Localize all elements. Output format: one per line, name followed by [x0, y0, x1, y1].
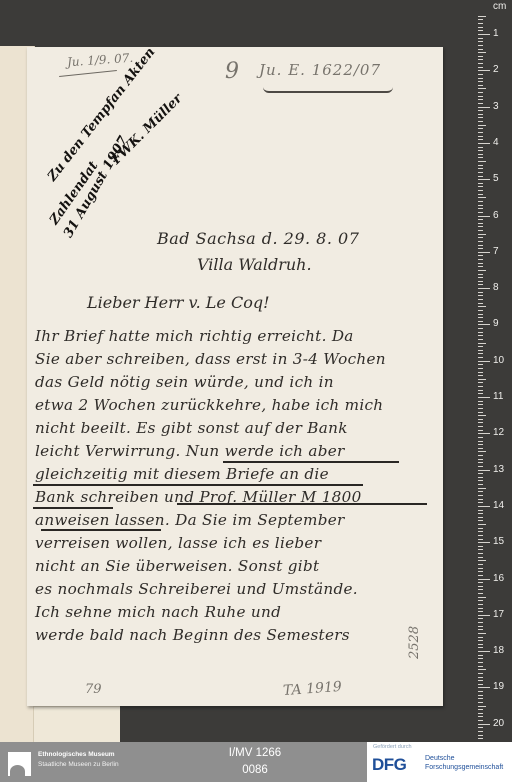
ruler-label: 8	[493, 282, 499, 293]
ruler-tick	[478, 738, 483, 739]
ruler-tick	[478, 462, 483, 463]
ruler-tick	[478, 622, 483, 623]
ruler-tick	[478, 553, 483, 554]
ruler-tick	[478, 364, 483, 365]
ruler-tick	[478, 299, 483, 300]
ruler-tick	[478, 248, 483, 249]
ruler-tick	[478, 176, 483, 177]
underline	[41, 529, 161, 531]
folio-number: 9	[225, 59, 239, 84]
ruler-tick	[478, 306, 486, 307]
underline	[223, 461, 399, 463]
ruler-tick	[478, 252, 490, 253]
ruler-tick	[478, 731, 483, 732]
ruler-tick	[478, 477, 483, 478]
underline	[177, 503, 427, 505]
ruler-tick	[478, 263, 483, 264]
ruler-tick	[478, 201, 483, 202]
ruler-tick	[478, 63, 483, 64]
ruler-tick	[478, 212, 483, 213]
ruler-tick	[478, 132, 483, 133]
ruler-label: 13	[493, 464, 504, 475]
ruler-tick	[478, 593, 483, 594]
ruler-tick	[478, 284, 483, 285]
ruler-tick	[478, 295, 483, 296]
ruler-tick	[478, 197, 486, 198]
ruler-tick	[478, 626, 483, 627]
ruler-tick	[478, 637, 483, 638]
ruler-tick	[478, 571, 483, 572]
ruler-tick	[478, 27, 483, 28]
ruler-tick	[478, 128, 483, 129]
ruler-tick	[478, 161, 486, 162]
ruler-tick	[478, 451, 486, 452]
ruler-tick	[478, 658, 483, 659]
ruler-tick	[478, 70, 490, 71]
ruler-tick	[478, 466, 483, 467]
ruler-tick	[478, 528, 483, 529]
ruler-tick	[478, 52, 486, 53]
ruler-tick	[478, 208, 483, 209]
ruler-tick	[478, 154, 483, 155]
ruler-label: 1	[493, 28, 499, 39]
ruler-tick	[478, 695, 483, 696]
ruler-tick	[478, 422, 483, 423]
ruler-tick	[478, 205, 483, 206]
ruler-tick	[478, 350, 483, 351]
accession-number: Ju. E. 1622/07	[259, 61, 381, 79]
body-line: verreisen wollen, lasse ich es lieber	[35, 534, 321, 552]
institution-name: Ethnologisches Museum	[38, 751, 115, 758]
ruler-tick	[478, 401, 483, 402]
ruler-tick	[478, 495, 483, 496]
ruler-tick	[478, 524, 486, 525]
ruler-tick	[478, 168, 483, 169]
ruler-tick	[478, 484, 483, 485]
ruler-tick	[478, 666, 483, 667]
ruler-tick	[478, 382, 483, 383]
ruler-tick	[478, 586, 483, 587]
ruler-label: 7	[493, 246, 499, 257]
ruler-tick	[478, 292, 483, 293]
ruler-tick	[478, 74, 483, 75]
underlying-sheet-tab	[33, 706, 120, 742]
ruler-tick	[478, 502, 483, 503]
ruler-tick	[478, 245, 483, 246]
ruler-tick	[478, 520, 483, 521]
dfg-sponsor: Gefördert durch DFG Deutsche Forschungsg…	[367, 742, 512, 782]
bottom-note-vertical: 2528	[407, 626, 422, 659]
ruler-tick	[478, 34, 490, 35]
ruler-tick	[478, 99, 483, 100]
ruler-tick	[478, 597, 486, 598]
ruler-tick	[478, 386, 483, 387]
ruler-tick	[478, 150, 483, 151]
letter-place-date: Bad Sachsa d. 29. 8. 07	[157, 229, 359, 248]
ruler-tick	[478, 317, 483, 318]
ruler-tick	[478, 216, 490, 217]
ruler-tick	[478, 121, 483, 122]
ruler-tick	[478, 647, 483, 648]
ruler-label: 16	[493, 573, 504, 584]
body-line: Sie aber schreiben, dass erst in 3-4 Woc…	[35, 350, 386, 368]
body-line: anweisen lassen. Da Sie im September	[35, 511, 345, 529]
body-line: Ich sehne mich nach Ruhe und	[35, 603, 281, 621]
ruler-tick	[478, 575, 483, 576]
ruler-label: 6	[493, 210, 499, 221]
ruler-tick	[478, 655, 483, 656]
ruler-tick	[478, 727, 483, 728]
ruler-tick	[478, 372, 483, 373]
ruler-label: 12	[493, 427, 504, 438]
ruler-tick	[478, 404, 483, 405]
letter-salutation: Lieber Herr v. Le Coq!	[87, 293, 270, 312]
ruler-tick	[478, 139, 483, 140]
ruler-tick	[478, 510, 483, 511]
ruler-tick	[478, 288, 490, 289]
ruler-tick	[478, 226, 483, 227]
ruler-tick	[478, 506, 490, 507]
ruler-tick	[478, 56, 483, 57]
ruler-tick	[478, 223, 483, 224]
ruler-tick	[478, 724, 490, 725]
ruler-tick	[478, 669, 486, 670]
ruler-tick	[478, 88, 486, 89]
ruler-tick	[478, 470, 490, 471]
ruler-tick	[478, 321, 483, 322]
ruler-tick	[478, 513, 483, 514]
dfg-name-line-1: Deutsche	[425, 754, 503, 763]
ruler-tick	[478, 353, 483, 354]
ruler-tick	[478, 437, 483, 438]
bottom-note-left: 79	[85, 682, 102, 697]
ruler-tick	[478, 687, 490, 688]
bottom-note-center: TA 1919	[283, 679, 343, 699]
ruler-tick	[478, 560, 486, 561]
ruler-tick	[478, 335, 483, 336]
museum-logo-icon	[8, 752, 31, 776]
body-line: das Geld nötig sein würde, und ich in	[35, 373, 334, 391]
body-line: werde bald nach Beginn des Semesters	[35, 626, 350, 644]
ruler-tick	[478, 720, 483, 721]
ruler-tick	[478, 165, 483, 166]
ruler-tick	[478, 455, 483, 456]
ruler-tick	[478, 589, 483, 590]
ruler-tick	[478, 136, 483, 137]
ruler-tick	[478, 379, 486, 380]
ruler-label: 14	[493, 500, 504, 511]
ruler-tick	[478, 143, 490, 144]
ruler-label: 10	[493, 355, 504, 366]
ruler-tick	[478, 324, 490, 325]
ruler-tick	[478, 259, 483, 260]
ruler-tick	[478, 234, 486, 235]
ruler-tick	[478, 190, 483, 191]
ruler-tick	[478, 277, 483, 278]
ruler-tick	[478, 488, 486, 489]
ruler-tick	[478, 230, 483, 231]
ruler-tick	[478, 332, 483, 333]
page-number: 0086	[200, 764, 310, 776]
accession-underline	[263, 87, 393, 93]
ruler-tick	[478, 684, 483, 685]
ruler-tick	[478, 568, 483, 569]
dfg-name-line-2: Forschungsgemeinschaft	[425, 763, 503, 772]
ruler-tick	[478, 716, 483, 717]
ruler-tick	[478, 45, 483, 46]
ruler-tick	[478, 390, 483, 391]
footer-bar: Ethnologisches Museum Staatliche Museen …	[0, 742, 512, 782]
ruler-tick	[478, 96, 483, 97]
ruler-tick	[478, 604, 483, 605]
ruler-tick	[478, 194, 483, 195]
ruler-tick	[478, 117, 483, 118]
document-scan: Ju. 1/9. 07. Zu den Tempfan Akten FWK. M…	[0, 0, 512, 742]
ruler-tick	[478, 611, 483, 612]
ruler-tick	[478, 186, 483, 187]
ruler-label: 9	[493, 318, 499, 329]
ruler-tick	[478, 16, 486, 17]
ruler-tick	[478, 147, 483, 148]
ruler-tick	[478, 651, 490, 652]
ruler-tick	[478, 444, 483, 445]
ruler-tick	[478, 698, 483, 699]
body-line: gleichzeitig mit diesem Briefe an die	[35, 465, 329, 483]
letter-address: Villa Waldruh.	[197, 255, 312, 274]
ruler-tick	[478, 713, 483, 714]
ruler-tick	[478, 328, 483, 329]
ruler-tick	[478, 241, 483, 242]
ruler-tick	[478, 480, 483, 481]
ruler-tick	[478, 310, 483, 311]
institution-subtitle: Staatliche Museen zu Berlin	[38, 761, 119, 768]
ruler-label: 11	[493, 391, 503, 402]
ruler-tick	[478, 125, 486, 126]
ruler-label: 3	[493, 101, 499, 112]
ruler-tick	[478, 430, 483, 431]
ruler-label: 17	[493, 609, 504, 620]
ruler-tick	[478, 219, 483, 220]
body-line: leicht Verwirrung. Nun werde ich aber	[35, 442, 345, 460]
ruler-tick	[478, 549, 483, 550]
ruler-tick	[478, 237, 483, 238]
ruler-tick	[478, 103, 483, 104]
ruler-tick	[478, 172, 483, 173]
body-line: nicht beeilt. Es gibt sonst auf der Bank	[35, 419, 348, 437]
ruler-tick	[478, 448, 483, 449]
ruler-tick	[478, 408, 483, 409]
underline	[33, 484, 363, 486]
ruler-tick	[478, 107, 490, 108]
ruler-tick	[478, 499, 483, 500]
ruler-tick	[478, 702, 483, 703]
ruler-tick	[478, 419, 483, 420]
ruler-tick	[478, 92, 483, 93]
ruler-tick	[478, 579, 490, 580]
ruler-tick	[478, 539, 483, 540]
ruler-tick	[478, 709, 483, 710]
ruler-tick	[478, 85, 483, 86]
ruler-tick	[478, 81, 483, 82]
ruler-tick	[478, 673, 483, 674]
ruler-tick	[478, 179, 490, 180]
ruler-tick	[478, 38, 483, 39]
body-line: es nochmals Schreiberei und Umstände.	[35, 580, 358, 598]
ruler-tick	[478, 59, 483, 60]
ruler-tick	[478, 677, 483, 678]
ruler-tick	[478, 531, 483, 532]
ruler-tick	[478, 270, 486, 271]
ruler-tick	[478, 433, 490, 434]
ruler-tick	[478, 78, 483, 79]
ruler-tick	[478, 343, 486, 344]
underline	[33, 507, 113, 509]
ruler-tick	[478, 314, 483, 315]
ruler-tick	[478, 266, 483, 267]
ruler-tick	[478, 517, 483, 518]
ruler-tick	[478, 459, 483, 460]
ruler-tick	[478, 357, 483, 358]
ruler-tick	[478, 368, 483, 369]
margin-note-date: Ju. 1/9. 07.	[67, 51, 134, 70]
ruler-tick	[478, 546, 483, 547]
ruler-tick	[478, 644, 483, 645]
ruler-tick	[478, 633, 486, 634]
inventory-number: I/MV 1266	[200, 747, 310, 759]
ruler-tick	[478, 303, 483, 304]
ruler-tick	[478, 600, 483, 601]
ruler-tick	[478, 41, 483, 42]
ruler-label: 18	[493, 645, 504, 656]
ruler-tick	[478, 426, 483, 427]
funded-by-label: Gefördert durch	[373, 744, 412, 750]
ruler-tick	[478, 735, 483, 736]
ruler-tick	[478, 608, 483, 609]
ruler-tick	[478, 346, 483, 347]
ruler-tick	[478, 662, 483, 663]
ruler-tick	[478, 415, 486, 416]
ruler-unit: cm	[493, 1, 506, 12]
ruler-tick	[478, 49, 483, 50]
ruler-tick	[478, 114, 483, 115]
ruler-tick	[478, 412, 483, 413]
dfg-logo-icon: DFG	[372, 755, 406, 775]
ruler-tick	[478, 19, 483, 20]
ruler-tick	[478, 339, 483, 340]
ruler-tick	[478, 691, 483, 692]
ruler-tick	[478, 491, 483, 492]
ruler-tick	[478, 30, 483, 31]
ruler-tick	[478, 629, 483, 630]
cm-ruler: cm 1234567891011121314151617181920	[478, 0, 512, 742]
ruler-label: 5	[493, 173, 499, 184]
ruler-tick	[478, 281, 483, 282]
ruler-tick	[478, 441, 483, 442]
body-line: etwa 2 Wochen zurückkehre, habe ich mich	[35, 396, 383, 414]
ruler-tick	[478, 618, 483, 619]
ruler-tick	[478, 615, 490, 616]
letter-page: Ju. 1/9. 07. Zu den Tempfan Akten FWK. M…	[27, 47, 443, 706]
ruler-tick	[478, 582, 483, 583]
ruler-tick	[478, 274, 483, 275]
dfg-name: Deutsche Forschungsgemeinschaft	[425, 754, 503, 772]
ruler-tick	[478, 393, 483, 394]
ruler-tick	[478, 473, 483, 474]
ruler-label: 19	[493, 681, 504, 692]
ruler-tick	[478, 110, 483, 111]
ruler-tick	[478, 361, 490, 362]
ruler-tick	[478, 157, 483, 158]
ruler-tick	[478, 397, 490, 398]
ruler-label: 20	[493, 718, 504, 729]
ruler-tick	[478, 23, 483, 24]
ruler-tick	[478, 67, 483, 68]
margin-note-underline	[59, 70, 117, 77]
body-line: Ihr Brief hatte mich richtig erreicht. D…	[35, 327, 354, 345]
ruler-tick	[478, 680, 483, 681]
body-line: nicht an Sie überweisen. Sonst gibt	[35, 557, 319, 575]
ruler-tick	[478, 255, 483, 256]
ruler-tick	[478, 706, 486, 707]
ruler-tick	[478, 640, 483, 641]
ruler-label: 15	[493, 536, 504, 547]
ruler-tick	[478, 375, 483, 376]
ruler-tick	[478, 535, 483, 536]
ruler-label: 2	[493, 64, 499, 75]
ruler-tick	[478, 564, 483, 565]
ruler-label: 4	[493, 137, 499, 148]
ruler-tick	[478, 183, 483, 184]
ruler-tick	[478, 542, 490, 543]
ruler-tick	[478, 557, 483, 558]
